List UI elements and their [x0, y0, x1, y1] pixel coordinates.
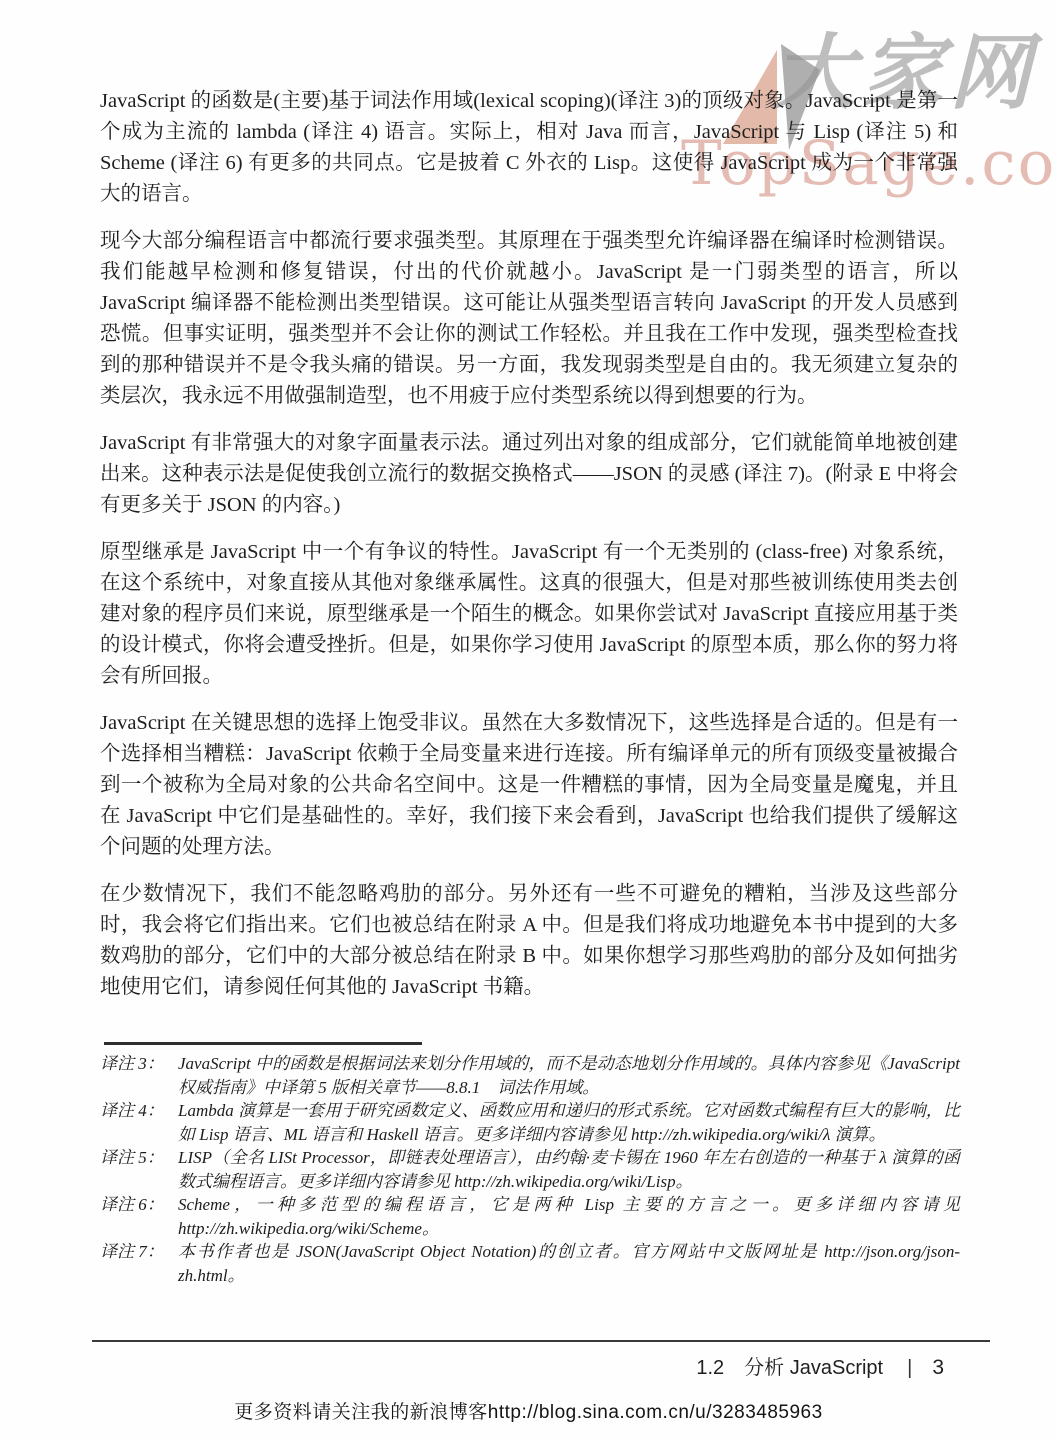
footnote-label: 译注 4： — [100, 1099, 178, 1146]
blog-note: 更多资料请关注我的新浪博客http://blog.sina.com.cn/u/3… — [0, 1397, 1057, 1424]
footnote-text: Scheme，一种多范型的编程语言，它是两种 Lisp 主要的方言之一。更多详细… — [178, 1193, 960, 1240]
footnote-text: 本书作者也是 JSON(JavaScript Object Notation)的… — [178, 1240, 960, 1287]
paragraph-prototypal-inheritance: 原型继承是 JavaScript 中一个有争议的特性。JavaScript 有一… — [100, 537, 958, 692]
paragraph-strong-typing: 现今大部分编程语言中都流行要求强类型。其原理在于强类型允许编译器在编译时检测错误… — [100, 226, 958, 412]
paragraph-global-variables: JavaScript 在关键思想的选择上饱受非议。虽然在大多数情况下，这些选择是… — [100, 708, 958, 863]
footnote-text: LISP（全名 LISt Processor，即链表处理语言），由约翰·麦卡锡在… — [178, 1146, 960, 1193]
page-footer: 1.2 分析 JavaScript|3 — [92, 1340, 990, 1380]
footnote-item-4: 译注 4： Lambda 演算是一套用于研究函数定义、函数应用和递归的形式系统。… — [100, 1099, 960, 1146]
paragraph-lexical-scoping: JavaScript 的函数是(主要)基于词法作用域(lexical scopi… — [100, 86, 958, 210]
footnotes-section: 译注 3： JavaScript 中的函数是根据词法来划分作用域的，而不是动态地… — [100, 1042, 960, 1287]
footer-divider: | — [907, 1357, 912, 1379]
footnote-label: 译注 6： — [100, 1193, 178, 1240]
paragraph-bad-parts: 在少数情况下，我们不能忽略鸡肋的部分。另外还有一些不可避免的糟粕，当涉及这些部分… — [100, 879, 958, 1003]
footnote-label: 译注 7： — [100, 1240, 178, 1287]
footnote-label: 译注 5： — [100, 1146, 178, 1193]
footnote-item-3: 译注 3： JavaScript 中的函数是根据词法来划分作用域的，而不是动态地… — [100, 1052, 960, 1099]
page-number: 3 — [932, 1356, 944, 1379]
footnote-text: Lambda 演算是一套用于研究函数定义、函数应用和递归的形式系统。它对函数式编… — [178, 1099, 960, 1146]
footnote-item-5: 译注 5： LISP（全名 LISt Processor，即链表处理语言），由约… — [100, 1146, 960, 1193]
footnote-separator — [104, 1042, 422, 1045]
footnote-label: 译注 3： — [100, 1052, 178, 1099]
page-content: JavaScript 的函数是(主要)基于词法作用域(lexical scopi… — [100, 86, 958, 1019]
book-page: 大家网 TopSage.com JavaScript 的函数是(主要)基于词法作… — [0, 0, 1057, 1441]
footnote-item-6: 译注 6： Scheme，一种多范型的编程语言，它是两种 Lisp 主要的方言之… — [100, 1193, 960, 1240]
section-title: 1.2 分析 JavaScript — [696, 1357, 883, 1379]
footnote-item-7: 译注 7： 本书作者也是 JSON(JavaScript Object Nota… — [100, 1240, 960, 1287]
paragraph-object-literal-json: JavaScript 有非常强大的对象字面量表示法。通过列出对象的组成部分，它们… — [100, 428, 958, 521]
footnote-text: JavaScript 中的函数是根据词法来划分作用域的，而不是动态地划分作用域的… — [178, 1052, 960, 1099]
